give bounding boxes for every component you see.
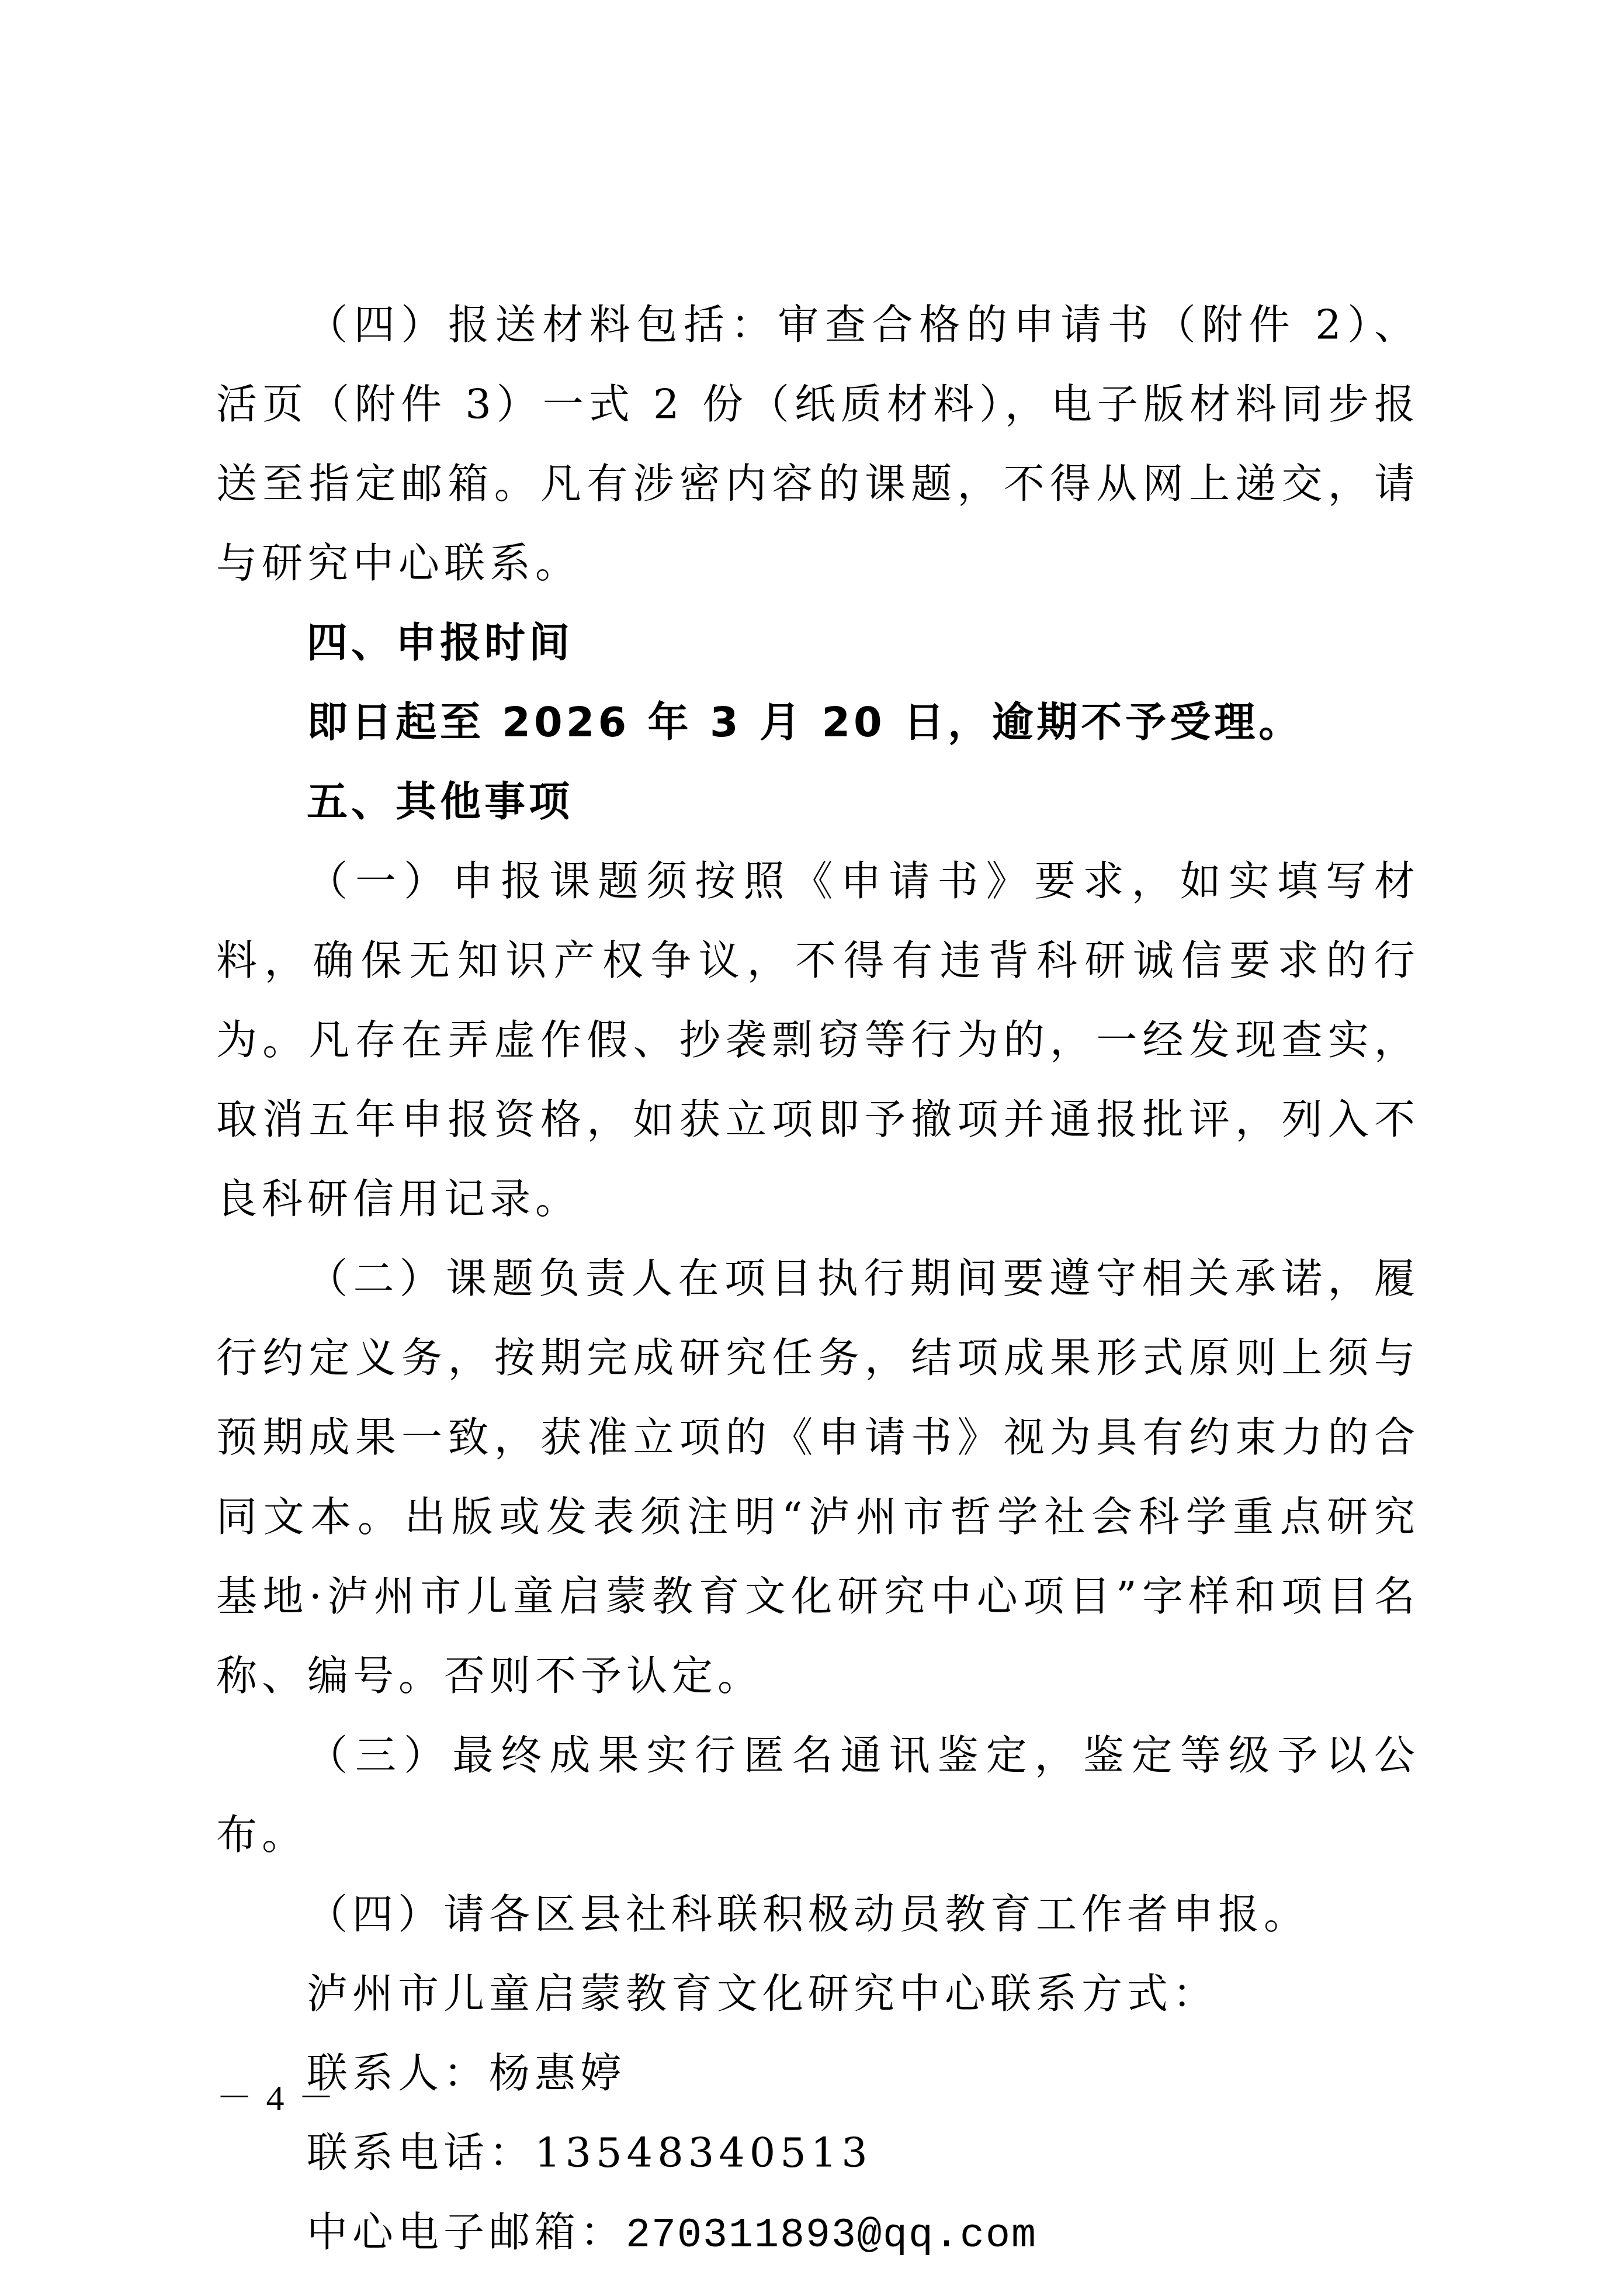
page-number: － 4 － (216, 2069, 337, 2121)
contact-phone-line: 联系电话：13548340513 (216, 2113, 1420, 2193)
contact-email-address[interactable]: 270311893@qq.com (626, 2213, 1037, 2259)
deadline-statement: 即日起至 2026 年 3 月 20 日，逾期不予受理。 (216, 683, 1420, 762)
paragraph-other-item-2: （二）课题负责人在项目执行期间要遵守相关承诺，履行约定义务，按期完成研究任务，结… (216, 1239, 1420, 1716)
paragraph-other-item-1: （一）申报课题须按照《申请书》要求，如实填写材料，确保无知识产权争议，不得有违背… (216, 841, 1420, 1239)
paragraph-other-item-4: （四）请各区县社科联积极动员教育工作者申报。 (216, 1875, 1420, 1954)
section-heading-other-matters: 五、其他事项 (216, 762, 1420, 841)
section-heading-application-time: 四、申报时间 (216, 603, 1420, 683)
contact-phone-label: 联系电话： (307, 2129, 535, 2177)
contact-person-line: 联系人：杨惠婷 (216, 2034, 1420, 2113)
paragraph-submission-materials: （四）报送材料包括：审查合格的申请书（附件 2）、活页（附件 3）一式 2 份（… (216, 285, 1420, 603)
contact-phone-number: 13548340513 (535, 2129, 872, 2177)
contact-email-label: 中心电子邮箱： (307, 2208, 626, 2256)
paragraph-other-item-3: （三）最终成果实行匿名通讯鉴定，鉴定等级予以公布。 (216, 1716, 1420, 1875)
contact-title: 泸州市儿童启蒙教育文化研究中心联系方式： (216, 1954, 1420, 2034)
contact-email-line: 中心电子邮箱：270311893@qq.com (216, 2193, 1420, 2276)
contact-person-name: 杨惠婷 (489, 2049, 626, 2097)
document-body: （四）报送材料包括：审查合格的申请书（附件 2）、活页（附件 3）一式 2 份（… (216, 285, 1420, 2276)
document-page: （四）报送材料包括：审查合格的申请书（附件 2）、活页（附件 3）一式 2 份（… (0, 0, 1623, 2296)
